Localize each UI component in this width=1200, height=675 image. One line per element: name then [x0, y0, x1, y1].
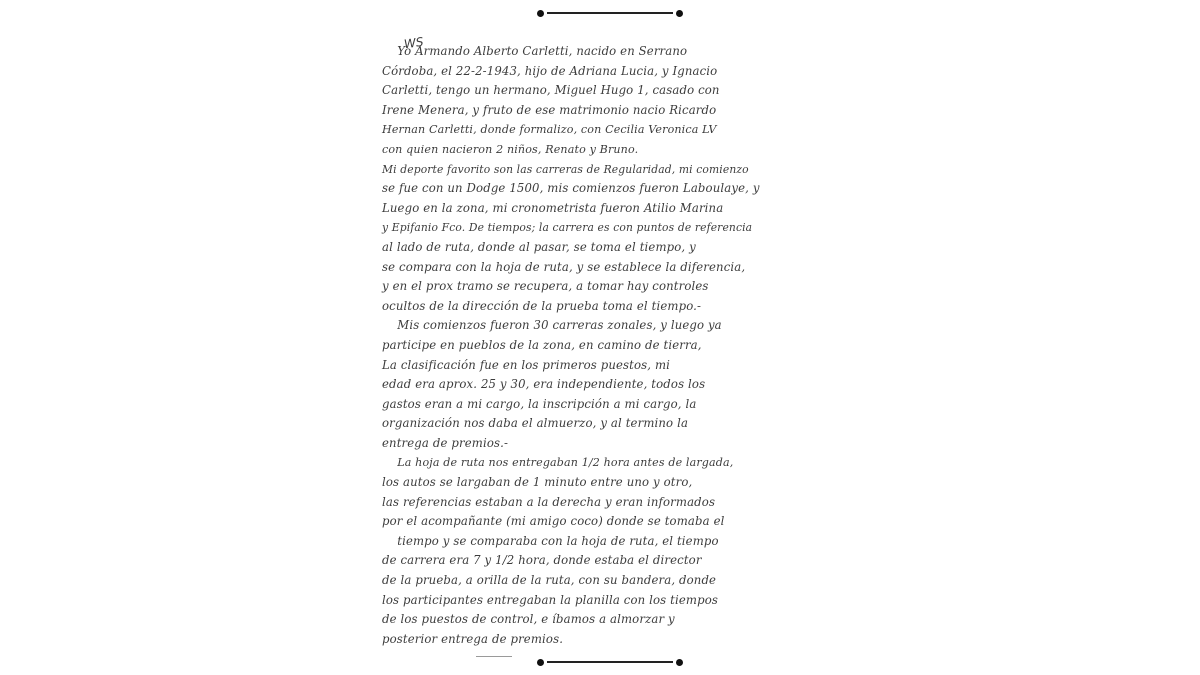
text-line: entrega de premios.-	[382, 434, 822, 454]
text-line: ocultos de la dirección de la prueba tom…	[382, 297, 822, 317]
text-line: los autos se largaban de 1 minuto entre …	[382, 473, 822, 493]
text-line: Carletti, tengo un hermano, Miguel Hugo …	[382, 81, 822, 101]
text-line: y Epifanio Fco. De tiempos; la carrera e…	[382, 218, 822, 238]
text-line: de los puestos de control, e íbamos a al…	[382, 610, 822, 630]
text-line: tiempo y se comparaba con la hoja de rut…	[382, 532, 821, 552]
text-line: participe en pueblos de la zona, en cami…	[382, 336, 822, 356]
text-line: edad era aprox. 25 y 30, era independien…	[382, 375, 822, 395]
text-line: al lado de ruta, donde al pasar, se toma…	[382, 238, 822, 258]
text-line: Luego en la zona, mi cronometrista fuero…	[382, 199, 822, 219]
text-line: con quien nacieron 2 niños, Renato y Bru…	[382, 140, 822, 160]
text-line: Yo Armando Alberto Carletti, nacido en S…	[382, 42, 821, 62]
handwritten-text-block: Yo Armando Alberto Carletti, nacido en S…	[382, 42, 842, 649]
crop-handle-bottom-right-dot[interactable]	[676, 659, 683, 666]
text-line: por el acompañante (mi amigo coco) donde…	[382, 512, 822, 532]
text-line: los participantes entregaban la planilla…	[382, 591, 822, 611]
crop-handle-top-bar[interactable]	[547, 12, 673, 14]
text-line: se compara con la hoja de ruta, y se est…	[382, 258, 822, 278]
crop-handle-bottom-bar[interactable]	[547, 661, 673, 663]
text-line: Mis comienzos fueron 30 carreras zonales…	[382, 316, 821, 336]
text-line: posterior entrega de premios.	[382, 630, 822, 650]
crop-handle-top[interactable]	[537, 7, 683, 19]
text-line: de la prueba, a orilla de la ruta, con s…	[382, 571, 822, 591]
crop-handle-top-right-dot[interactable]	[676, 10, 683, 17]
text-line: y en el prox tramo se recupera, a tomar …	[382, 277, 822, 297]
text-line: Mi deporte favorito son las carreras de …	[382, 160, 822, 180]
text-line: gastos eran a mi cargo, la inscripción a…	[382, 395, 822, 415]
text-line: las referencias estaban a la derecha y e…	[382, 493, 822, 513]
text-line: La hoja de ruta nos entregaban 1/2 hora …	[382, 453, 821, 473]
text-line: se fue con un Dodge 1500, mis comienzos …	[382, 179, 822, 199]
text-line: organización nos daba el almuerzo, y al …	[382, 414, 822, 434]
pen-stroke-mark	[476, 656, 512, 657]
text-line: La clasificación fue en los primeros pue…	[382, 356, 822, 376]
text-line: Irene Menera, y fruto de ese matrimonio …	[382, 101, 822, 121]
text-line: de carrera era 7 y 1/2 hora, donde estab…	[382, 551, 822, 571]
crop-handle-bottom-left-dot[interactable]	[537, 659, 544, 666]
text-line: Hernan Carletti, donde formalizo, con Ce…	[382, 120, 822, 140]
text-line: Córdoba, el 22-2-1943, hijo de Adriana L…	[382, 62, 822, 82]
crop-handle-bottom[interactable]	[537, 656, 683, 668]
crop-handle-top-left-dot[interactable]	[537, 10, 544, 17]
